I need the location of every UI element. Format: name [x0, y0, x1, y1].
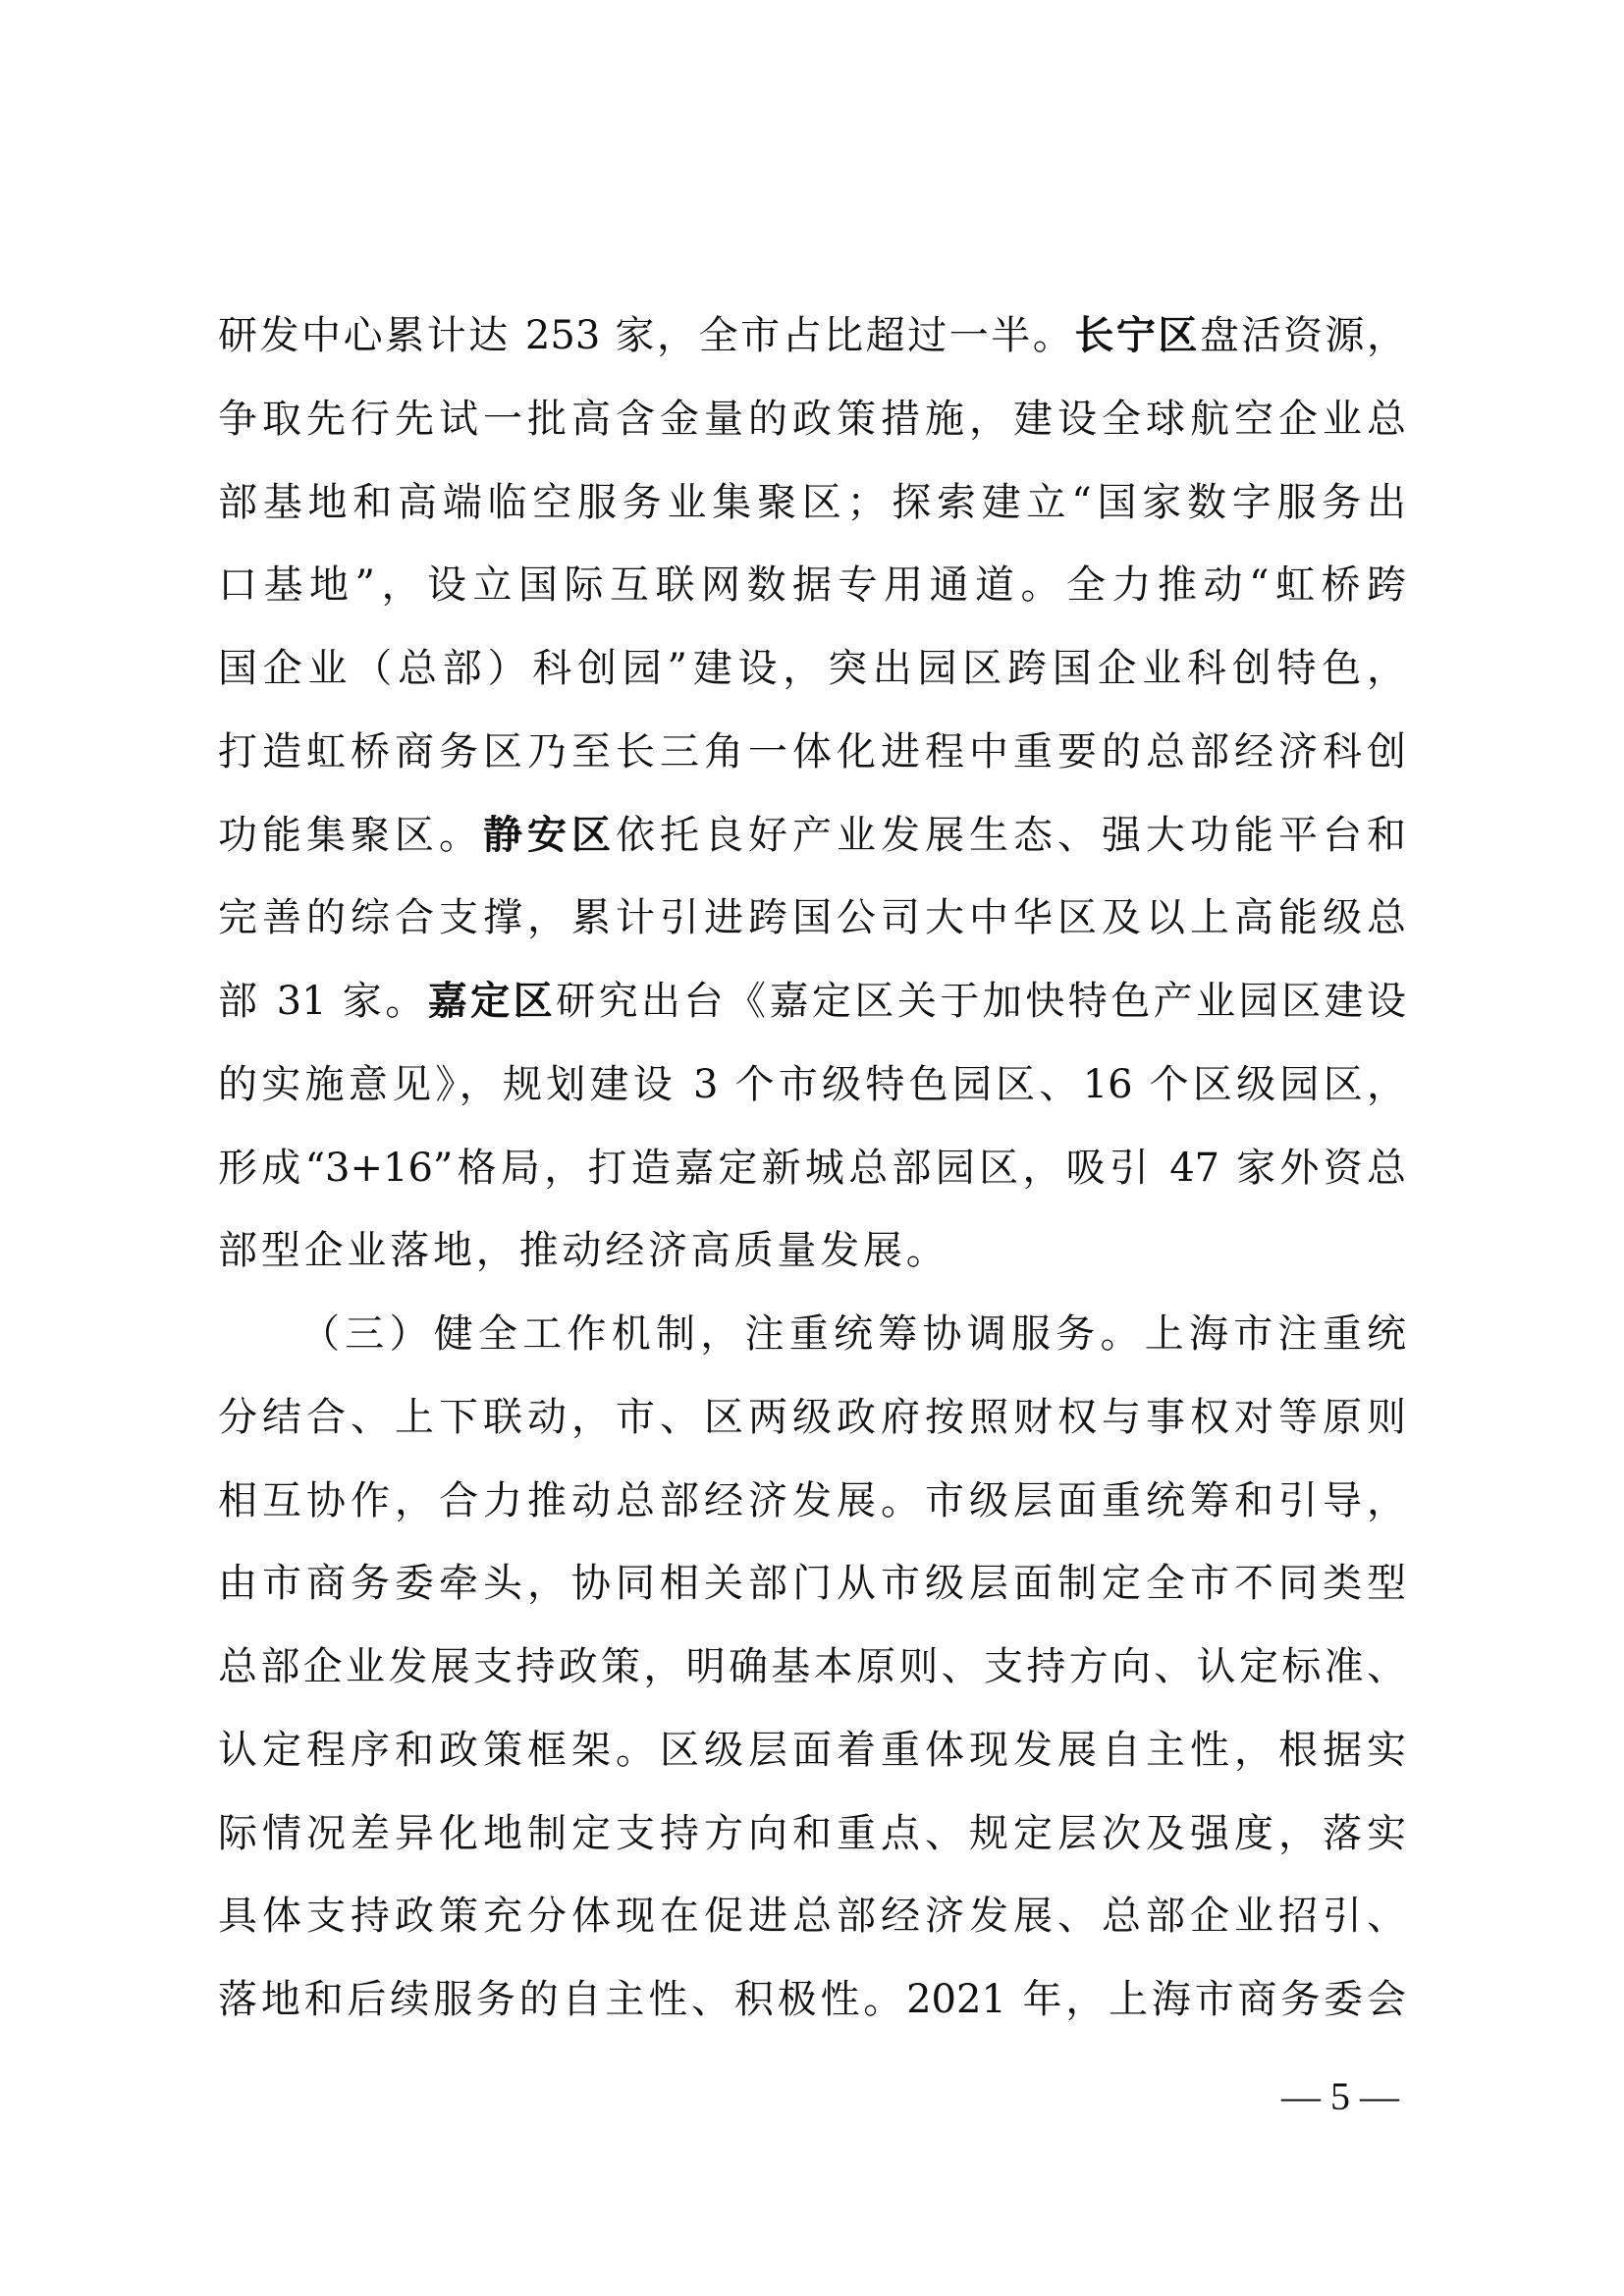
text-segment: 口基地”，设立国际互联网数据专用通道。全力推动“虹桥跨 — [218, 562, 1406, 608]
district-name: 长宁区 — [1074, 312, 1200, 358]
text-segment: 盘活资源， — [1200, 313, 1406, 358]
district-name: 静安区 — [483, 812, 616, 858]
text-segment: 部基地和高端临空服务业集聚区；探索建立“国家数字服务出 — [218, 480, 1406, 525]
text-segment: 国企业（总部）科创园”建设，突出园区跨国企业科创特色， — [218, 646, 1406, 691]
text-line: 争取先行先试一批高含金量的政策措施，建设全球航空企业总 — [218, 390, 1406, 449]
text-segment: 依托良好产业发展生态、强大功能平台和 — [616, 813, 1406, 858]
section-heading-line: （三）健全工作机制，注重统筹协调服务。上海市注重统 — [300, 1305, 1406, 1363]
text-segment: 研发中心累计达 253 家，全市占比超过一半。 — [218, 313, 1074, 358]
text-segment: 具体支持政策充分体现在促进总部经济发展、总部企业招引、 — [218, 1894, 1406, 1939]
text-line: 分结合、上下联动，市、区两级政府按照财权与事权对等原则 — [218, 1388, 1406, 1447]
text-segment: 部型企业落地，推动经济高质量发展。 — [218, 1228, 949, 1273]
text-segment: 落地和后续服务的自主性、积极性。2021 年，上海市商务委会 — [218, 1977, 1406, 2022]
text-line: 部 31 家。嘉定区研究出台《嘉定区关于加快特色产业园区建设 — [218, 972, 1406, 1031]
text-segment: 争取先行先试一批高含金量的政策措施，建设全球航空企业总 — [218, 397, 1406, 442]
page-number: — 5 — — [1267, 2073, 1414, 2120]
text-segment: 功能集聚区。 — [218, 813, 483, 858]
text-line: 具体支持政策充分体现在促进总部经济发展、总部企业招引、 — [218, 1887, 1406, 1946]
text-segment: 完善的综合支撑，累计引进跨国公司大中华区及以上高能级总 — [218, 895, 1406, 940]
text-segment: 形成“3+16”格局，打造嘉定新城总部园区，吸引 47 家外资总 — [218, 1146, 1406, 1191]
text-line: 口基地”，设立国际互联网数据专用通道。全力推动“虹桥跨 — [218, 556, 1406, 614]
text-line: 形成“3+16”格局，打造嘉定新城总部园区，吸引 47 家外资总 — [218, 1139, 1406, 1198]
section-heading: （三）健全工作机制，注重统筹协调服务。 — [300, 1311, 1145, 1357]
text-line: 相互协作，合力推动总部经济发展。市级层面重统筹和引导， — [218, 1471, 1406, 1530]
text-line: 部基地和高端临空服务业集聚区；探索建立“国家数字服务出 — [218, 473, 1406, 532]
text-segment: 上海市注重统 — [1145, 1311, 1406, 1357]
text-segment: 研究出台《嘉定区关于加快特色产业园区建设 — [556, 979, 1406, 1024]
text-segment: 分结合、上下联动，市、区两级政府按照财权与事权对等原则 — [218, 1395, 1406, 1440]
text-line: 际情况差异化地制定支持方向和重点、规定层次及强度，落实 — [218, 1804, 1406, 1863]
text-line: 落地和后续服务的自主性、积极性。2021 年，上海市商务委会 — [218, 1970, 1406, 2029]
text-line: 打造虹桥商务区乃至长三角一体化进程中重要的总部经济科创 — [218, 722, 1406, 781]
text-segment: 打造虹桥商务区乃至长三角一体化进程中重要的总部经济科创 — [218, 729, 1406, 774]
text-segment: 相互协作，合力推动总部经济发展。市级层面重统筹和引导， — [218, 1478, 1406, 1523]
text-line: 国企业（总部）科创园”建设，突出园区跨国企业科创特色， — [218, 639, 1406, 698]
text-line: 完善的综合支撑，累计引进跨国公司大中华区及以上高能级总 — [218, 888, 1406, 947]
text-line: 功能集聚区。静安区依托良好产业发展生态、强大功能平台和 — [218, 806, 1406, 865]
text-segment: 际情况差异化地制定支持方向和重点、规定层次及强度，落实 — [218, 1811, 1406, 1856]
district-name: 嘉定区 — [428, 978, 556, 1024]
text-line: 的实施意见》，规划建设 3 个市级特色园区、16 个区级园区， — [218, 1055, 1406, 1114]
text-segment: 部 31 家。 — [218, 979, 428, 1024]
text-line: 认定程序和政策框架。区级层面着重体现发展自主性，根据实 — [218, 1721, 1406, 1780]
text-line: 研发中心累计达 253 家，全市占比超过一半。长宁区盘活资源， — [218, 306, 1406, 365]
text-segment: 由市商务委牵头，协同相关部门从市级层面制定全市不同类型 — [218, 1561, 1406, 1606]
text-segment: 的实施意见》，规划建设 3 个市级特色园区、16 个区级园区， — [218, 1062, 1406, 1107]
text-line: 由市商务委牵头，协同相关部门从市级层面制定全市不同类型 — [218, 1554, 1406, 1613]
document-page: 研发中心累计达 253 家，全市占比超过一半。长宁区盘活资源，争取先行先试一批高… — [0, 0, 1624, 2296]
text-segment: 总部企业发展支持政策，明确基本原则、支持方向、认定标准、 — [218, 1644, 1406, 1689]
text-line: 总部企业发展支持政策，明确基本原则、支持方向、认定标准、 — [218, 1637, 1406, 1696]
text-segment: 认定程序和政策框架。区级层面着重体现发展自主性，根据实 — [218, 1728, 1406, 1773]
text-line: 部型企业落地，推动经济高质量发展。 — [218, 1221, 1406, 1280]
